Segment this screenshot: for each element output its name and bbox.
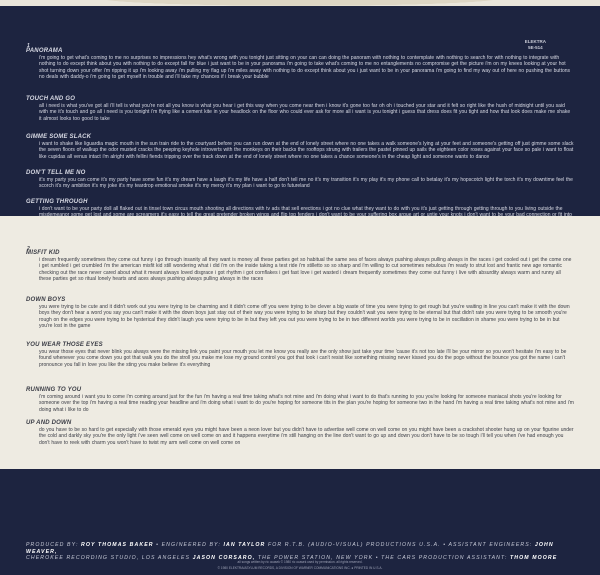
song-block: RUNNING TO YOUi'm coming around i want y…: [26, 387, 574, 413]
song-lyrics: i want to shake like liguardia magic mou…: [39, 141, 574, 160]
song-lyrics: all i need is what you've got all i'll t…: [39, 103, 574, 122]
song-title: GIMME SOME SLACK: [26, 134, 574, 141]
song-title: GETTING THROUGH: [26, 199, 574, 206]
song-lyrics: you were trying to be cute and it didn't…: [39, 304, 574, 330]
production-credits: PRODUCED BY: ROY THOMAS BAKER • ENGINEER…: [26, 542, 586, 562]
song-title: DON'T TELL ME NO: [26, 170, 574, 177]
songwriter-notice: all songs written by ric ocasek © 1980 r…: [0, 560, 600, 564]
song-lyrics: i'm coming around i want you to come i'm…: [39, 394, 574, 413]
song-title: TOUCH AND GO: [26, 96, 574, 103]
credit-role: • ENGINEERED BY:: [154, 542, 224, 548]
song-title: MISFIT KID: [26, 250, 574, 257]
credits-line-1: PRODUCED BY: ROY THOMAS BAKER • ENGINEER…: [26, 542, 586, 555]
credit-name: ROY THOMAS BAKER: [81, 542, 154, 548]
side-two-panel: 2 MISFIT KIDi dream frequently sometimes…: [0, 216, 600, 469]
song-title: PANORAMA: [26, 48, 574, 55]
side-one-panel: ELEKTRA 5E-514 1 PANORAMAi'm going to ge…: [0, 6, 600, 216]
song-lyrics: do you have to be so hard to get especia…: [39, 427, 574, 446]
credit-name: IAN TAYLOR: [223, 542, 265, 548]
song-lyrics: it's my party you can come it's my party…: [39, 177, 574, 190]
song-lyrics: you wear those eyes that never blink you…: [39, 349, 574, 368]
song-block: YOU WEAR THOSE EYESyou wear those eyes t…: [26, 342, 574, 368]
song-block: MISFIT KIDi dream frequently sometimes t…: [26, 250, 574, 283]
song-block: PANORAMAi'm going to get what's coming t…: [26, 48, 574, 81]
song-title: UP AND DOWN: [26, 420, 574, 427]
song-title: RUNNING TO YOU: [26, 387, 574, 394]
credit-role: FOR R.T.B. (AUDIO-VISUAL) PRODUCTIONS U.…: [265, 542, 535, 548]
song-title: YOU WEAR THOSE EYES: [26, 342, 574, 349]
copyright-notice: © 1980 ELEKTRA/ASYLUM RECORDS, A DIVISIO…: [0, 566, 600, 570]
song-block: DON'T TELL ME NOit's my party you can co…: [26, 170, 574, 190]
song-block: GIMME SOME SLACKi want to shake like lig…: [26, 134, 574, 160]
song-lyrics: i dream frequently sometimes they come o…: [39, 257, 574, 283]
lyric-sleeve: ELEKTRA 5E-514 1 PANORAMAi'm going to ge…: [0, 0, 600, 575]
song-lyrics: i'm going to get what's coming to me no …: [39, 55, 574, 81]
song-block: TOUCH AND GOall i need is what you've go…: [26, 96, 574, 122]
song-block: UP AND DOWNdo you have to be so hard to …: [26, 420, 574, 446]
song-block: DOWN BOYSyou were trying to be cute and …: [26, 297, 574, 330]
credit-role: PRODUCED BY:: [26, 542, 81, 548]
song-title: DOWN BOYS: [26, 297, 574, 304]
